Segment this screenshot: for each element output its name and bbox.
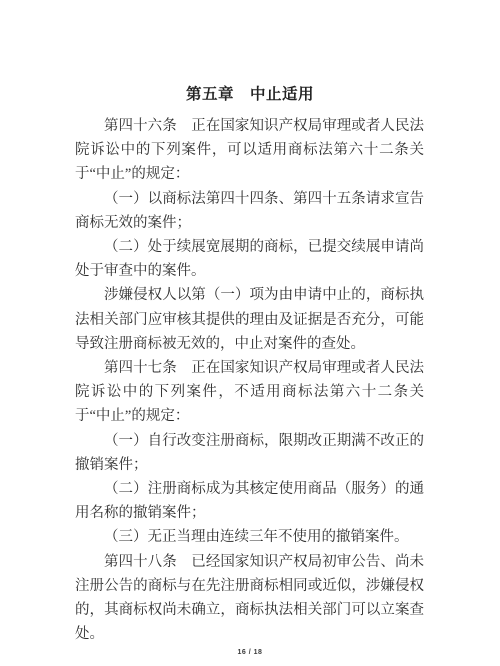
paragraph: （一）自行改变注册商标，限期改正期满不改正的撤销案件；	[75, 429, 424, 477]
paragraph: 涉嫌侵权人以第（一）项为由申请中止的，商标执法相关部门应审核其提供的理由及证据是…	[75, 283, 424, 356]
paragraph: 第四十七条 正在国家知识产权局审理或者人民法院诉讼中的下列案件，不适用商标法第六…	[75, 356, 424, 429]
paragraph: 第四十八条 已经国家知识产权局初审公告、尚未注册公告的商标与在先注册商标相同或近…	[75, 550, 424, 647]
paragraph: （三）无正当理由连续三年不使用的撤销案件。	[75, 525, 424, 549]
paragraph: （二）注册商标成为其核定使用商品（服务）的通用名称的撤销案件；	[75, 477, 424, 525]
paragraph: （二）处于续展宽展期的商标，已提交续展申请尚处于审查中的案件。	[75, 235, 424, 283]
document-page: 第五章 中止适用 第四十六条 正在国家知识产权局审理或者人民法院诉讼中的下列案件…	[0, 0, 500, 666]
paragraph: 第四十六条 正在国家知识产权局审理或者人民法院诉讼中的下列案件，可以适用商标法第…	[75, 114, 424, 187]
page-number: 16 / 18	[0, 649, 500, 656]
document-body: 第四十六条 正在国家知识产权局审理或者人民法院诉讼中的下列案件，可以适用商标法第…	[75, 114, 424, 646]
paragraph: （一）以商标法第四十四条、第四十五条请求宣告商标无效的案件；	[75, 187, 424, 235]
chapter-title: 第五章 中止适用	[0, 86, 500, 103]
